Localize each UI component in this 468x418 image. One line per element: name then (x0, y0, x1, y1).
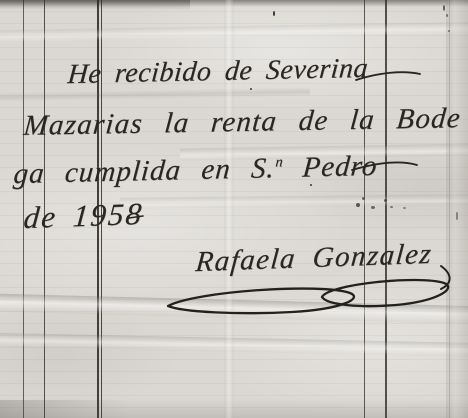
line-4-text: de 1958 (22, 196, 145, 235)
crease-fold (0, 87, 310, 102)
edge-mark (446, 14, 448, 17)
crease-top-edge (0, 0, 468, 7)
crease-fold (0, 22, 468, 43)
crease-fold (0, 333, 468, 357)
ink-speck (273, 11, 275, 16)
crease-bottom-edge (0, 398, 468, 418)
ink-smudge (362, 197, 365, 200)
edge-mark (443, 5, 445, 11)
ink-speck (250, 88, 252, 90)
crease-bottom-left (0, 400, 130, 418)
line-3-text: ga cumplida en S. (12, 152, 276, 190)
right-edge-crease-line (449, 0, 450, 418)
edge-mark (456, 212, 458, 220)
torn-right-edge (446, 0, 468, 418)
handwritten-line-1: He recibido de Severina (66, 53, 369, 91)
ink-smudge (403, 207, 406, 209)
ink-smudge (384, 199, 387, 202)
line-1-text: He recibido de Severina (66, 53, 369, 90)
crease-fold-major (0, 293, 468, 324)
handwritten-line-4: de 1958 (22, 196, 145, 236)
ink-smudge (356, 203, 360, 207)
crease-fold (120, 194, 468, 209)
line-3-text-cont: Pedro (281, 150, 379, 184)
ink-smudge (371, 206, 375, 209)
line-2-text: Mazarias la renta de la Bode (22, 102, 462, 142)
scanned-receipt-document: He recibido de Severina Mazarias la rent… (0, 0, 468, 418)
handwritten-line-2: Mazarias la renta de la Bode (22, 102, 462, 143)
signature-name-text: Rafaela Gonzalez (194, 238, 433, 278)
ink-speck (310, 184, 312, 186)
signature-rubric-left-loop (168, 289, 354, 314)
crease-top-left (0, 0, 190, 10)
ledger-rule-line (385, 0, 387, 418)
signature-rubric-entry (441, 266, 450, 289)
ink-smudge (390, 206, 393, 208)
edge-mark (448, 30, 450, 32)
signature-name: Rafaela Gonzalez (194, 238, 434, 279)
handwritten-line-3: ga cumplida en S.n Pedro (12, 150, 379, 191)
